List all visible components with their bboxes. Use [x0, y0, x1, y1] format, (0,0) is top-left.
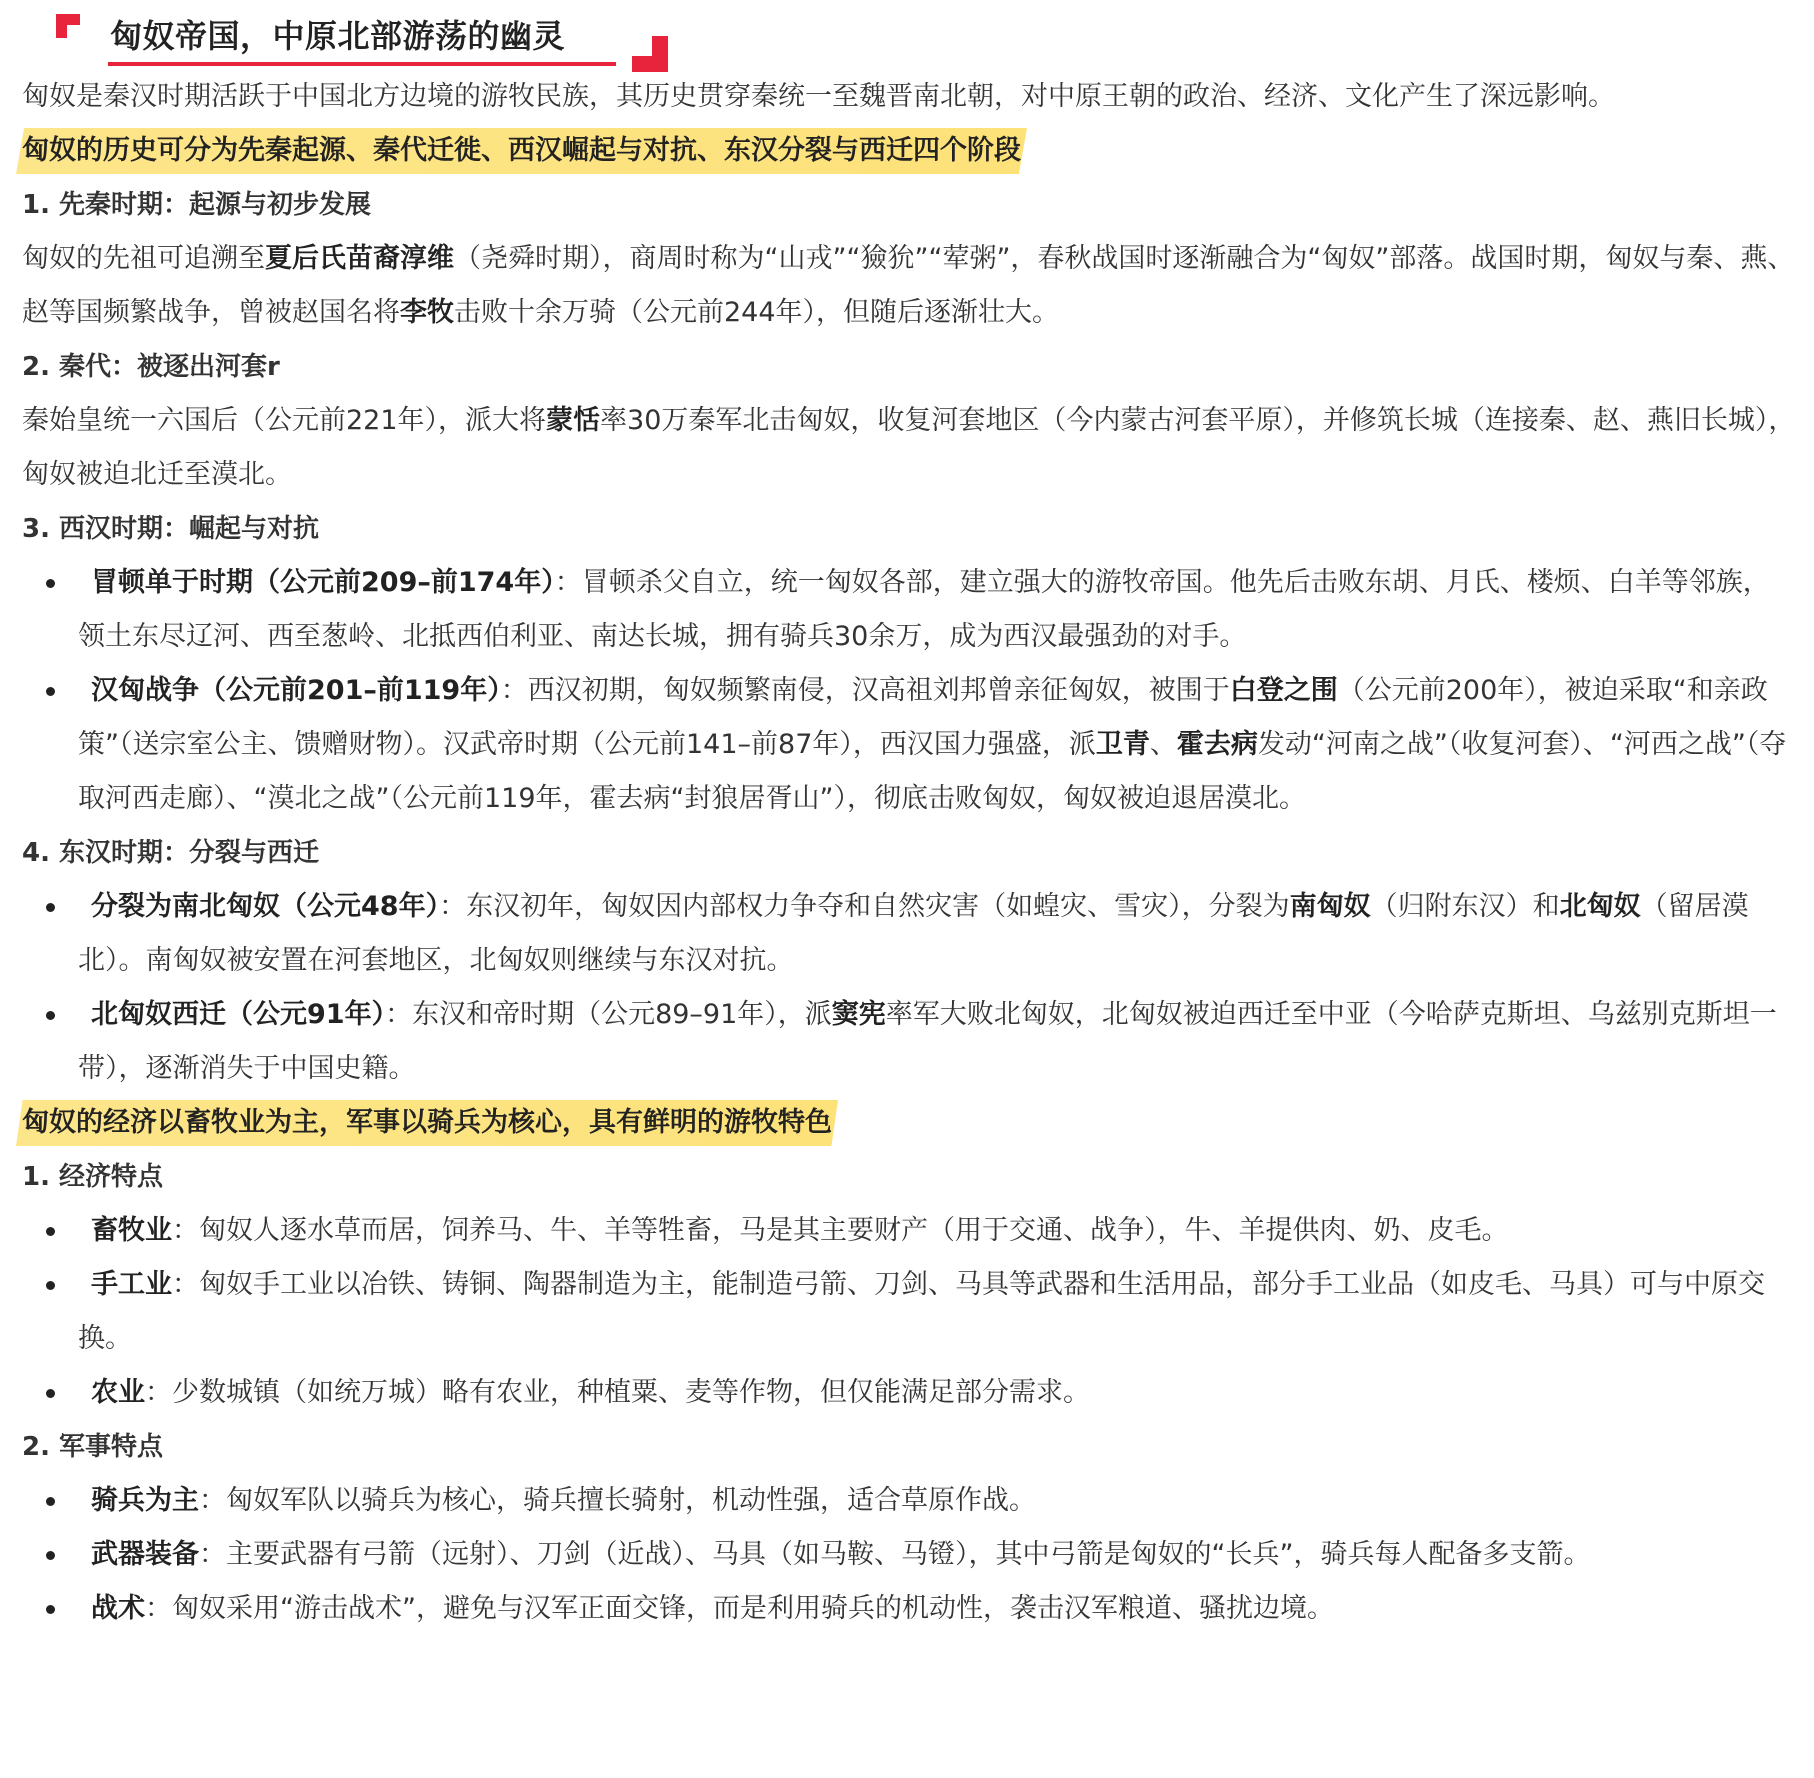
subheading-pre-qin: 1. 先秦时期：起源与初步发展 [22, 178, 1796, 232]
article: 匈奴帝国，中原北部游荡的幽灵 匈奴是秦汉时期活跃于中国北方边境的游牧民族，其历史… [0, 0, 1814, 1636]
paragraph-pre-qin: 匈奴的先祖可追溯至夏后氏苗裔淳维（尧舜时期），商周时称为“山戎”“獫狁”“荤粥”… [22, 232, 1796, 340]
bold-term: 夏后氏苗裔淳维 [265, 243, 454, 274]
list-item: 手工业：匈奴手工业以冶铁、铸铜、陶器制造为主，能制造弓箭、刀剑、马具等武器和生活… [22, 1258, 1796, 1366]
paragraph-qin: 秦始皇统一六国后（公元前221年），派大将蒙恬率30万秦军北击匈奴，收复河套地区… [22, 394, 1796, 502]
list-item: 冒顿单于时期（公元前209–前174年）：冒顿杀父自立，统一匈奴各部，建立强大的… [22, 556, 1796, 664]
bold-term: 霍去病 [1177, 729, 1258, 760]
subheading-western-han: 3. 西汉时期：崛起与对抗 [22, 502, 1796, 556]
corner-bracket-right-icon [632, 36, 668, 72]
item-lead: 北匈奴西迁（公元91年） [78, 999, 385, 1030]
item-lead: 战术 [78, 1593, 145, 1624]
item-lead: 汉匈战争（公元前201–前119年） [78, 675, 501, 706]
list-western-han: 冒顿单于时期（公元前209–前174年）：冒顿杀父自立，统一匈奴各部，建立强大的… [22, 556, 1796, 826]
title-underline [108, 62, 616, 66]
page-title: 匈奴帝国，中原北部游荡的幽灵 [110, 12, 565, 60]
list-item: 北匈奴西迁（公元91年）：东汉和帝时期（公元89–91年），派窦宪率军大败北匈奴… [22, 988, 1796, 1096]
list-item: 骑兵为主：匈奴军队以骑兵为核心，骑兵擅长骑射，机动性强，适合草原作战。 [22, 1474, 1796, 1528]
item-lead: 骑兵为主 [78, 1485, 199, 1516]
section-highlight-history: 匈奴的历史可分为先秦起源、秦代迁徙、西汉崛起与对抗、东汉分裂与西迁四个阶段 [16, 124, 1796, 178]
bold-term: 蒙恬 [546, 405, 600, 436]
subheading-military: 2. 军事特点 [22, 1420, 1796, 1474]
bold-term: 南匈奴 [1290, 891, 1371, 922]
item-lead: 分裂为南北匈奴（公元48年） [78, 891, 439, 922]
highlight-heading: 匈奴的经济以畜牧业为主，军事以骑兵为核心，具有鲜明的游牧特色 [16, 1100, 838, 1146]
list-eastern-han: 分裂为南北匈奴（公元48年）：东汉初年，匈奴因内部权力争夺和自然灾害（如蝗灾、雪… [22, 880, 1796, 1096]
bold-term: 北匈奴 [1560, 891, 1641, 922]
highlight-heading: 匈奴的历史可分为先秦起源、秦代迁徙、西汉崛起与对抗、东汉分裂与西迁四个阶段 [16, 128, 1027, 174]
bold-term: 白登之围 [1230, 675, 1338, 706]
list-military: 骑兵为主：匈奴军队以骑兵为核心，骑兵擅长骑射，机动性强，适合草原作战。 武器装备… [22, 1474, 1796, 1636]
title-block: 匈奴帝国，中原北部游荡的幽灵 [22, 0, 1796, 78]
list-economy: 畜牧业：匈奴人逐水草而居，饲养马、牛、羊等牲畜，马是其主要财产（用于交通、战争）… [22, 1204, 1796, 1420]
list-item: 战术：匈奴采用“游击战术”，避免与汉军正面交锋，而是利用骑兵的机动性，袭击汉军粮… [22, 1582, 1796, 1636]
subheading-eastern-han: 4. 东汉时期：分裂与西迁 [22, 826, 1796, 880]
list-item: 武器装备：主要武器有弓箭（远射）、刀剑（近战）、马具（如马鞍、马镫），其中弓箭是… [22, 1528, 1796, 1582]
section-highlight-economy-military: 匈奴的经济以畜牧业为主，军事以骑兵为核心，具有鲜明的游牧特色 [16, 1096, 1796, 1150]
list-item: 分裂为南北匈奴（公元48年）：东汉初年，匈奴因内部权力争夺和自然灾害（如蝗灾、雪… [22, 880, 1796, 988]
list-item: 汉匈战争（公元前201–前119年）：西汉初期，匈奴频繁南侵，汉高祖刘邦曾亲征匈… [22, 664, 1796, 826]
corner-bracket-left-icon [56, 14, 80, 38]
list-item: 畜牧业：匈奴人逐水草而居，饲养马、牛、羊等牲畜，马是其主要财产（用于交通、战争）… [22, 1204, 1796, 1258]
item-lead: 冒顿单于时期（公元前209–前174年） [78, 567, 555, 598]
subheading-economy: 1. 经济特点 [22, 1150, 1796, 1204]
intro-paragraph: 匈奴是秦汉时期活跃于中国北方边境的游牧民族，其历史贯穿秦统一至魏晋南北朝，对中原… [22, 70, 1796, 124]
list-item: 农业：少数城镇（如统万城）略有农业，种植粟、麦等作物，但仅能满足部分需求。 [22, 1366, 1796, 1420]
item-lead: 农业 [78, 1377, 145, 1408]
bold-term: 李牧 [400, 297, 454, 328]
item-lead: 武器装备 [78, 1539, 199, 1570]
subheading-qin: 2. 秦代：被逐出河套r [22, 340, 1796, 394]
item-lead: 手工业 [78, 1269, 172, 1300]
bold-term: 窦宪 [832, 999, 886, 1030]
bold-term: 卫青 [1096, 729, 1150, 760]
item-lead: 畜牧业 [78, 1215, 172, 1246]
